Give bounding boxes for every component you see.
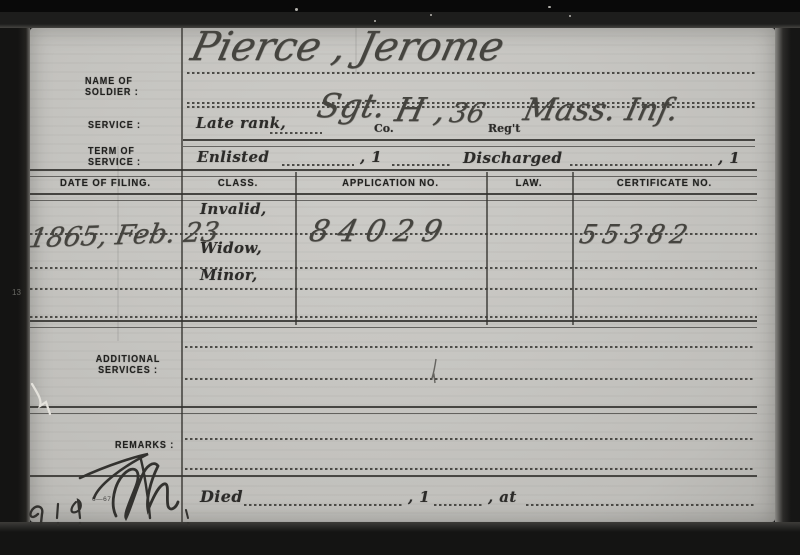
header-certificate-no: CERTIFICATE NO. (572, 178, 757, 190)
rule-line (30, 169, 757, 177)
header-class: CLASS. (181, 178, 295, 190)
rank-handwritten: Sgt. (313, 86, 389, 125)
additional-services-label-line2: SERVICES : (80, 365, 176, 376)
died-at-printed: , at (488, 488, 517, 506)
discharged-printed: Discharged (463, 149, 562, 167)
regiment-number-handwritten: 36 (446, 98, 488, 129)
header-application-no: APPLICATION NO. (295, 178, 486, 190)
rule-line (185, 378, 755, 380)
form-print-number: 6—67 (92, 496, 111, 503)
dust-speck (295, 8, 298, 11)
margin-mark: 13 (12, 288, 21, 297)
term-of-service-label-line1: TERM OF (88, 146, 135, 157)
discharged-year-printed: , 1 (718, 149, 740, 167)
rule-line (30, 316, 757, 318)
soldier-name-handwritten: Pierce , Jerome (187, 24, 509, 70)
name-of-soldier-label-line2: SOLDIER : (85, 87, 139, 98)
rule-line (392, 164, 450, 166)
company-handwritten: H , (391, 90, 450, 129)
pen-tick-artifact (428, 358, 442, 384)
service-label: SERVICE : (88, 120, 141, 131)
rule-line (434, 504, 484, 506)
rule-line (30, 267, 757, 269)
rule-line (570, 164, 712, 166)
late-rank-printed: Late rank, (196, 114, 286, 132)
date-of-filing-handwritten: 1865, Feb. 23 (26, 217, 221, 255)
rule-line (187, 72, 755, 74)
additional-services-label-line1: ADDITIONAL (80, 354, 176, 365)
unit-handwritten: Mass. Inf. (520, 92, 682, 128)
died-year-printed: , 1 (408, 488, 430, 506)
dust-speck (430, 14, 432, 16)
rule-line (30, 193, 757, 201)
scan-border-right (775, 28, 800, 522)
name-of-soldier-label-line1: NAME OF (85, 76, 133, 87)
rule-line (183, 139, 755, 147)
rule-line (244, 504, 404, 506)
pension-card: NAME OF SOLDIER : Pierce , Jerome SERVIC… (30, 28, 775, 522)
dust-speck (569, 15, 571, 17)
term-of-service-label-line2: SERVICE : (88, 157, 141, 168)
rule-line (30, 406, 757, 414)
rule-line (185, 438, 755, 440)
enlisted-printed: Enlisted (197, 148, 269, 166)
header-law: LAW. (486, 178, 572, 190)
class-invalid: Invalid, (200, 200, 267, 218)
dust-speck (374, 20, 376, 22)
rule-line (526, 504, 755, 506)
rule-line (282, 164, 354, 166)
rule-line (30, 320, 757, 328)
rule-line (185, 346, 755, 348)
class-minor: Minor, (200, 266, 258, 284)
dust-speck (548, 6, 551, 8)
certificate-no-handwritten: 55382 (577, 220, 697, 250)
scan-border-bottom (0, 522, 800, 555)
rule-line (270, 132, 322, 134)
rule-line (30, 288, 757, 290)
scratch-artifact (26, 380, 76, 420)
signature-scrawl-mark (20, 426, 220, 526)
rule-line (185, 468, 755, 470)
header-date-of-filing: DATE OF FILING. (30, 178, 181, 190)
regt-printed: Reg't (488, 122, 520, 135)
enlisted-year-printed: , 1 (360, 148, 382, 166)
application-no-handwritten: 84029 (306, 214, 455, 249)
